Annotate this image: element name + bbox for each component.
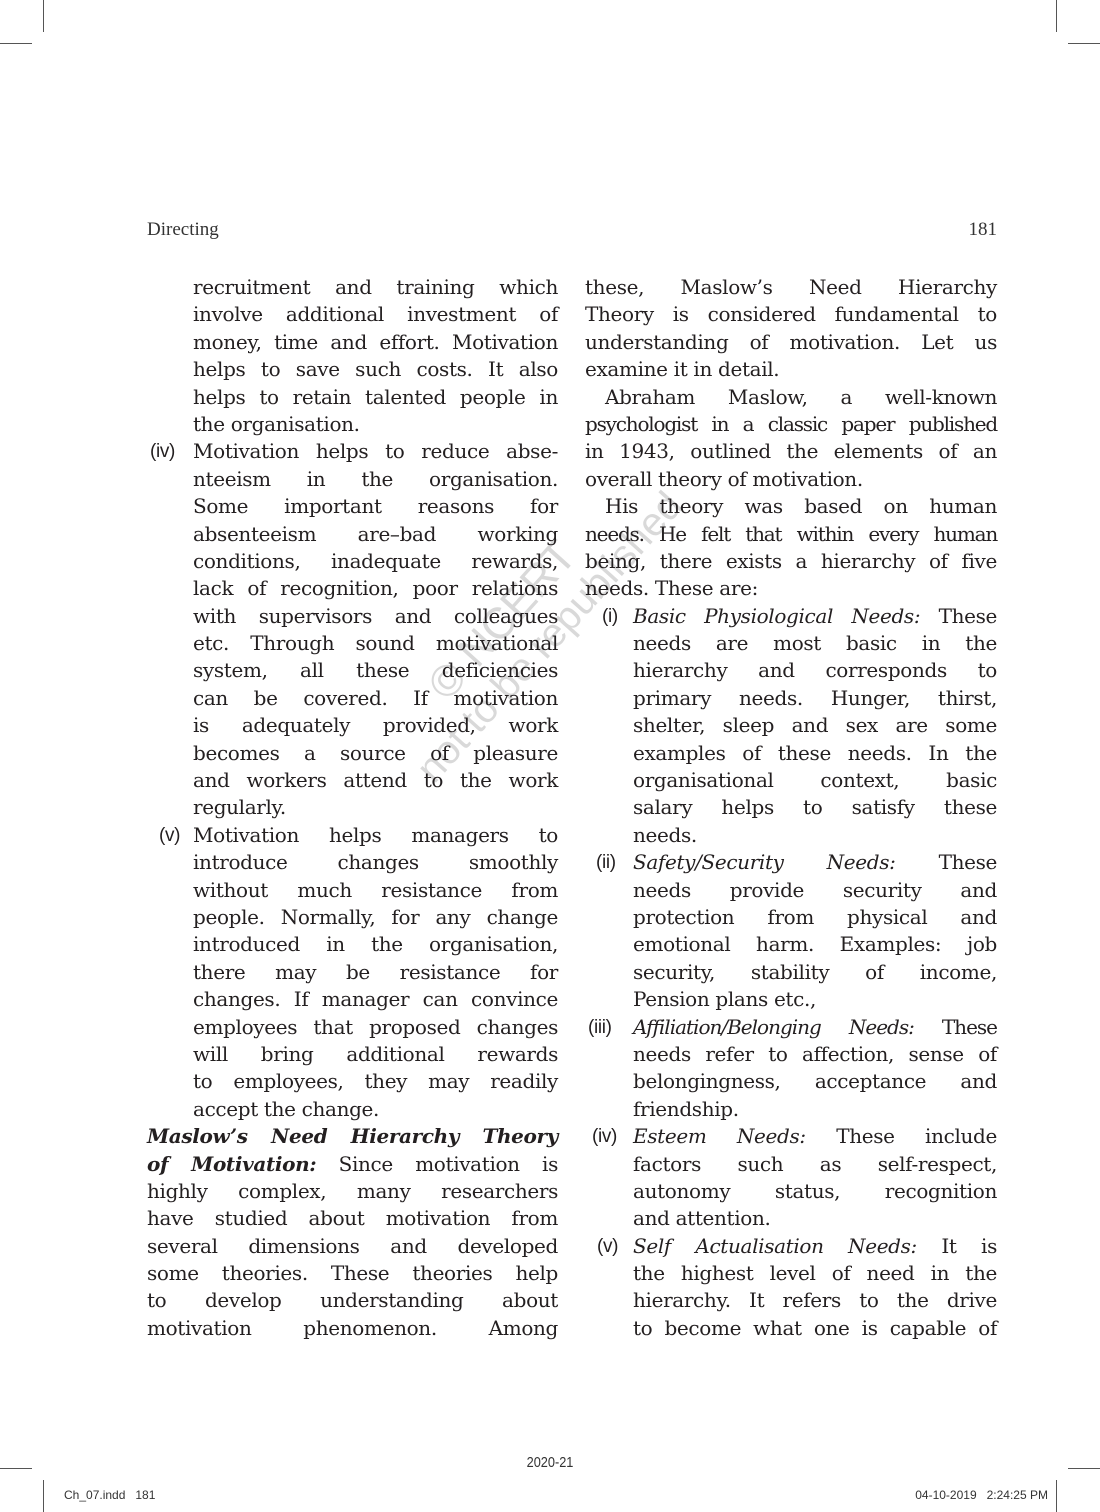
text-line: Pension plans etc., <box>585 986 997 1013</box>
text-line: organisational context, basic <box>585 767 997 794</box>
text-line: employees that proposed changes <box>147 1014 558 1041</box>
text-line: regularly. <box>147 794 558 821</box>
need-item-affiliation: (iii) Affiliation/Belonging Needs: These… <box>585 1014 997 1124</box>
text-line: of Motivation: Since motivation is <box>147 1151 558 1178</box>
text-line: several dimensions and developed <box>147 1233 558 1260</box>
text-line: lack of recognition, poor relations <box>147 575 558 602</box>
text-line: Safety/Security Needs: These <box>585 849 997 876</box>
text-line: needs are most basic in the <box>585 630 997 657</box>
item-number: (i) <box>602 603 618 630</box>
need-title: Safety/Security Needs: <box>633 850 896 874</box>
text-line: introduce changes smoothly <box>147 849 558 876</box>
need-item-safety: (ii) Safety/Security Needs: These needs … <box>585 849 997 1013</box>
section-heading: Maslow’s Need Hierarchy Theory <box>147 1123 558 1150</box>
text-line: some theories. These theories help <box>147 1260 558 1287</box>
text-line: hierarchy. It refers to the drive <box>585 1287 997 1314</box>
text-line: these, Maslow’s Need Hierarchy <box>585 274 997 301</box>
text-line: friendship. <box>585 1096 997 1123</box>
intro-paragraph: these, Maslow’s Need Hierarchy Theory is… <box>585 274 997 384</box>
text-line: there may be resistance for <box>147 959 558 986</box>
item-number: (iii) <box>588 1014 612 1041</box>
print-slug-timestamp: 04-10-2019 2:24:25 PM <box>915 1488 1048 1502</box>
page-number: 181 <box>969 219 998 241</box>
text-line: autonomy status, recognition <box>585 1178 997 1205</box>
need-item-physiological: (i) Basic Physiological Needs: These nee… <box>585 603 997 850</box>
text-line: to employees, they may readily <box>147 1068 558 1095</box>
text-line: factors such as self-respect, <box>585 1151 997 1178</box>
text-line: Self Actualisation Needs: It is <box>585 1233 997 1260</box>
text-line: needs provide security and <box>585 877 997 904</box>
right-column: these, Maslow’s Need Hierarchy Theory is… <box>585 274 997 1342</box>
text-line: have studied about motivation from <box>147 1205 558 1232</box>
item-number: (v) <box>597 1233 618 1260</box>
crop-mark-top-right-vertical <box>1056 0 1057 32</box>
text-line: conditions, inadequate rewards, <box>147 548 558 575</box>
crop-mark-top-right-horizontal <box>1068 43 1100 44</box>
item-number: (ii) <box>596 849 616 876</box>
text-line: His theory was based on human <box>585 493 997 520</box>
item-number: (iv) <box>592 1123 617 1150</box>
item-number: (v) <box>159 822 180 849</box>
text-line: needs. <box>585 822 997 849</box>
text-line: with supervisors and colleagues <box>147 603 558 630</box>
crop-mark-bottom-left-horizontal <box>0 1468 32 1469</box>
need-item-esteem: (iv) Esteem Needs: These include factors… <box>585 1123 997 1233</box>
text-line: emotional harm. Examples: job <box>585 931 997 958</box>
text-fragment: These <box>896 850 997 874</box>
text-line: will bring additional rewards <box>147 1041 558 1068</box>
text-line: introduced in the organisation, <box>147 931 558 958</box>
text-line: can be covered. If motivation <box>147 685 558 712</box>
text-line: people. Normally, for any change <box>147 904 558 931</box>
heading-text: Maslow’s Need Hierarchy Theory <box>147 1124 558 1148</box>
text-line: salary helps to satisfy these <box>585 794 997 821</box>
text-line: etc. Through sound motivational <box>147 630 558 657</box>
need-title: Basic Physiological Needs: <box>633 604 920 628</box>
text-line: Esteem Needs: These include <box>585 1123 997 1150</box>
text-line: changes. If manager can convince <box>147 986 558 1013</box>
crop-mark-bottom-right-vertical <box>1056 1480 1057 1512</box>
need-title: Self Actualisation Needs: <box>633 1234 917 1258</box>
crop-mark-bottom-right-horizontal <box>1068 1468 1100 1469</box>
running-header-chapter: Directing <box>147 219 219 241</box>
crop-mark-top-left-horizontal <box>0 43 32 44</box>
text-line: Affiliation/Belonging Needs: These <box>585 1014 997 1041</box>
text-line: belongingness, acceptance and <box>585 1068 997 1095</box>
list-item-v: (v) Motivation helps managers to introdu… <box>147 822 558 1123</box>
text-line: protection from physical and <box>585 904 997 931</box>
text-line: Motivation helps to reduce abse- <box>147 438 558 465</box>
text-line: examples of these needs. In the <box>585 740 997 767</box>
text-line: understanding of motivation. Let us <box>585 329 997 356</box>
text-line: Theory is considered fundamental to <box>585 301 997 328</box>
text-line: primary needs. Hunger, thirst, <box>585 685 997 712</box>
text-line: overall theory of motivation. <box>585 466 997 493</box>
text-line: and workers attend to the work <box>147 767 558 794</box>
need-title: Affiliation/Belonging Needs: <box>633 1015 914 1039</box>
text-fragment: These include <box>806 1124 997 1148</box>
text-line: Some important reasons for <box>147 493 558 520</box>
text-line: to develop understanding about <box>147 1287 558 1314</box>
item-number: (iv) <box>150 438 175 465</box>
text-fragment: Since motivation is <box>316 1152 558 1176</box>
text-fragment: These <box>914 1015 997 1039</box>
text-line: the highest level of need in the <box>585 1260 997 1287</box>
text-line: in 1943, outlined the elements of an <box>585 438 997 465</box>
theory-paragraph: His theory was based on human needs. He … <box>585 493 997 603</box>
text-line: and attention. <box>585 1205 997 1232</box>
text-line: needs. These are: <box>585 575 997 602</box>
text-line: absenteeism are–bad working <box>147 521 558 548</box>
continuation-paragraph: recruitment and training which involve a… <box>147 274 558 438</box>
text-line: recruitment and training which <box>147 274 558 301</box>
footer-academic-year: 2020-21 <box>83 1454 1018 1471</box>
text-fragment: It is <box>917 1234 997 1258</box>
text-line: money, time and effort. Motivation <box>147 329 558 356</box>
text-line: becomes a source of pleasure <box>147 740 558 767</box>
text-line: the organisation. <box>147 411 558 438</box>
text-line: psychologist in a classic paper publishe… <box>585 411 997 438</box>
text-line: hierarchy and corresponds to <box>585 657 997 684</box>
text-line: is adequately provided, work <box>147 712 558 739</box>
left-column: recruitment and training which involve a… <box>147 274 558 1342</box>
need-title: Esteem Needs: <box>633 1124 806 1148</box>
text-line: to become what one is capable of <box>585 1315 997 1342</box>
text-line: Abraham Maslow, a well-known <box>585 384 997 411</box>
text-line: needs refer to affection, sense of <box>585 1041 997 1068</box>
text-line: involve additional investment of <box>147 301 558 328</box>
text-line: shelter, sleep and sex are some <box>585 712 997 739</box>
need-item-self-actualisation: (v) Self Actualisation Needs: It is the … <box>585 1233 997 1343</box>
crop-mark-bottom-left-vertical <box>43 1480 44 1512</box>
maslow-paragraph: Maslow’s Need Hierarchy Theory of Motiva… <box>147 1123 558 1342</box>
heading-text: of Motivation: <box>147 1152 316 1176</box>
list-item-iv: (iv) Motivation helps to reduce abse- nt… <box>147 438 558 821</box>
text-line: without much resistance from <box>147 877 558 904</box>
maslow-bio-paragraph: Abraham Maslow, a well-known psychologis… <box>585 384 997 494</box>
text-line: system, all these deficiencies <box>147 657 558 684</box>
text-line: nteeism in the organisation. <box>147 466 558 493</box>
text-line: accept the change. <box>147 1096 558 1123</box>
text-line: helps to retain talented people in <box>147 384 558 411</box>
crop-mark-top-left-vertical <box>43 0 44 32</box>
text-line: Basic Physiological Needs: These <box>585 603 997 630</box>
text-line: motivation phenomenon. Among <box>147 1315 558 1342</box>
print-slug-file: Ch_07.indd 181 <box>64 1488 155 1502</box>
text-line: Motivation helps managers to <box>147 822 558 849</box>
text-line: helps to save such costs. It also <box>147 356 558 383</box>
text-line: highly complex, many researchers <box>147 1178 558 1205</box>
text-line: needs. He felt that within every human <box>585 521 997 548</box>
text-fragment: These <box>920 604 997 628</box>
text-line: being, there exists a hierarchy of five <box>585 548 997 575</box>
text-line: security, stability of income, <box>585 959 997 986</box>
text-line: examine it in detail. <box>585 356 997 383</box>
